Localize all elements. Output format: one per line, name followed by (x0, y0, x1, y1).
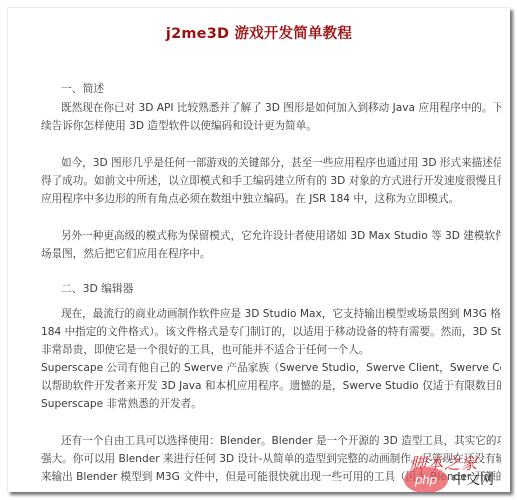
paragraph-line: 得了成功。如前文中所述，以立即模式和手工编码建立所有的 3D 对象的方式进行开发… (41, 172, 501, 190)
document-page: j2me3D 游戏开发简单教程 一、简述 既然现在你已对 3D API 比较熟悉… (7, 7, 510, 492)
paragraph-line: 现在，最流行的商业动画制作软件应是 3D Studio Max，它支持输出模型或… (41, 305, 501, 323)
section-heading-3d-editor: 二、3D 编辑器 (61, 281, 134, 296)
paragraph: 既然现在你已对 3D API 比较熟悉并了解了 3D 图形是如何加入到移动 Ja… (41, 99, 501, 135)
paragraph-line: Superscape 非常熟悉的开发者。 (41, 395, 501, 413)
document-title: j2me3D 游戏开发简单教程 (8, 22, 510, 43)
paragraph-line: 如今，3D 图形几乎是任何一部游戏的关键部分，甚至一些应用程序也通过用 3D 形… (41, 154, 501, 172)
paragraph-line: 既然现在你已对 3D API 比较熟悉并了解了 3D 图形是如何加入到移动 Ja… (41, 99, 501, 117)
paragraph-line: 以帮助软件开发者来开发 3D Java 和本机应用程序。遗憾的是，Swerve … (41, 377, 501, 395)
paragraph-line: 续告诉你怎样使用 3D 造型软件以使编码和设计更为简单。 (41, 117, 501, 135)
paragraph: 现在，最流行的商业动画制作软件应是 3D Studio Max，它支持输出模型或… (41, 305, 501, 413)
paragraph: 如今，3D 图形几乎是任何一部游戏的关键部分，甚至一些应用程序也通过用 3D 形… (41, 154, 501, 208)
paragraph: 另外一种更高级的模式称为保留模式，它允许设计者使用诸如 3D Max Studi… (41, 227, 501, 263)
paragraph-line: 强大。你可以用 Blender 来进行任何 3D 设计-从简单的造型到完整的动画… (41, 450, 501, 468)
paragraph-line: 另外一种更高级的模式称为保留模式，它允许设计者使用诸如 3D Max Studi… (41, 227, 501, 245)
paragraph-line: Superscape 公司有他自己的 Swerve 产品家族（Swerve St… (41, 359, 501, 377)
paragraph-line: 还有一个自由工具可以选择使用：Blender。Blender 是一个开源的 3D… (41, 432, 501, 450)
paragraph-line: 场景图，然后把它们应用在程序中。 (41, 245, 501, 263)
paragraph-line: 184 中指定的文件格式）。该文件格式是专门制订的，以适用于移动设备的特有需要。… (41, 323, 501, 341)
section-heading-overview: 一、简述 (61, 81, 104, 96)
paragraph-line: 应用程序中多边形的所有角点必须在数组中独立编码。在 JSR 184 中，这称为立… (41, 190, 501, 208)
paragraph-line: 来输出 Blender 模型到 M3G 文件中，但是可能很快就出现一些可用的工具… (41, 468, 501, 486)
paragraph-line: 非常昂贵，即使它是一个很好的工具，也可能并不适合于任何一个人。 (41, 341, 501, 359)
paragraph: 还有一个自由工具可以选择使用：Blender。Blender 是一个开源的 3D… (41, 432, 501, 486)
